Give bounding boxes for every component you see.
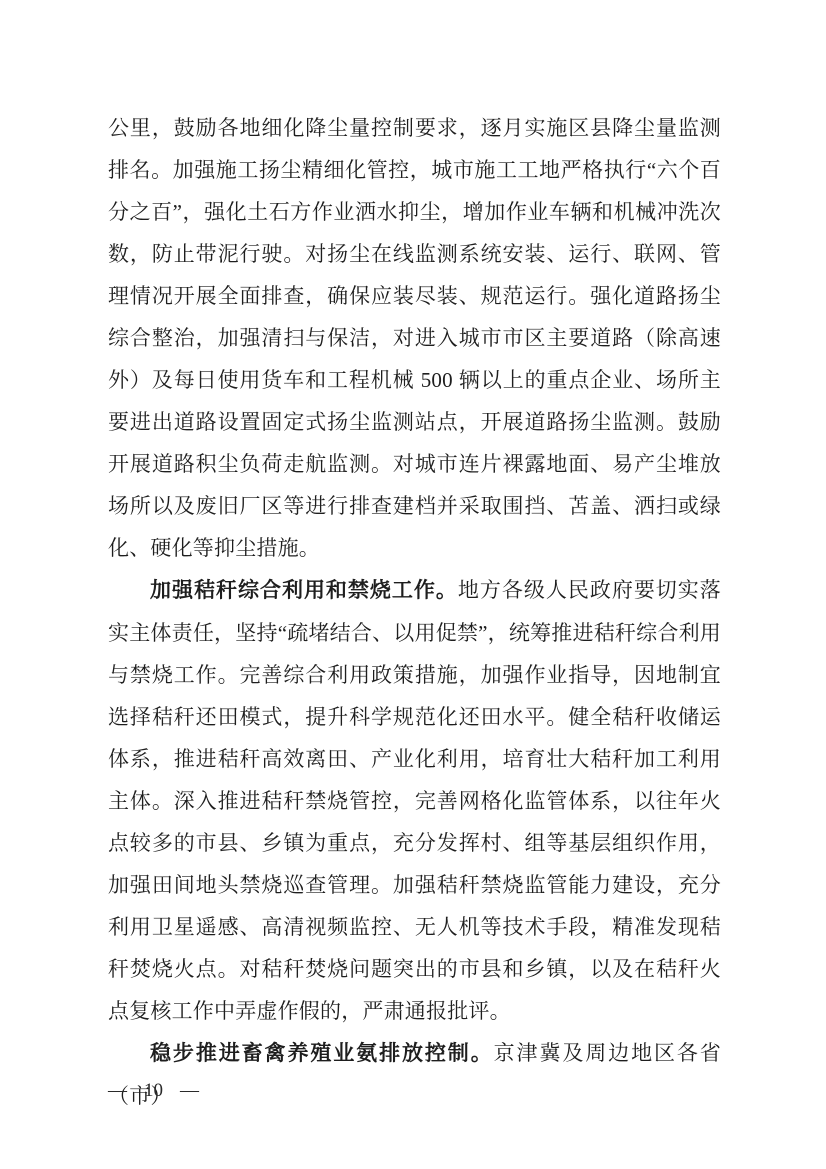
footer-dash-right: —	[180, 1079, 199, 1103]
document-page: 公里，鼓励各地细化降尘量控制要求，逐月实施区县降尘量监测排名。加强施工扬尘精细化…	[0, 0, 826, 1169]
paragraph-body: 公里，鼓励各地细化降尘量控制要求，逐月实施区县降尘量监测排名。加强施工扬尘精细化…	[108, 116, 721, 560]
paragraph-lead: 稳步推进畜禽养殖业氨排放控制。	[150, 1042, 494, 1065]
document-text-block: 公里，鼓励各地细化降尘量控制要求，逐月实施区县降尘量监测排名。加强施工扬尘精细化…	[108, 107, 721, 1117]
paragraph-body: 地方各级人民政府要切实落实主体责任，坚持“疏堵结合、以用促禁”，统筹推进秸秆综合…	[108, 578, 721, 1023]
paragraph: 加强秸秆综合利用和禁烧工作。地方各级人民政府要切实落实主体责任，坚持“疏堵结合、…	[108, 569, 721, 1032]
paragraph: 公里，鼓励各地细化降尘量控制要求，逐月实施区县降尘量监测排名。加强施工扬尘精细化…	[108, 107, 721, 569]
paragraph: 稳步推进畜禽养殖业氨排放控制。京津冀及周边地区各省（市）	[108, 1032, 721, 1117]
paragraph-lead: 加强秸秆综合利用和禁烧工作。	[150, 579, 458, 602]
page-footer: —10—	[108, 1079, 199, 1103]
page-number: 10	[144, 1079, 163, 1103]
footer-dash-left: —	[108, 1079, 127, 1103]
